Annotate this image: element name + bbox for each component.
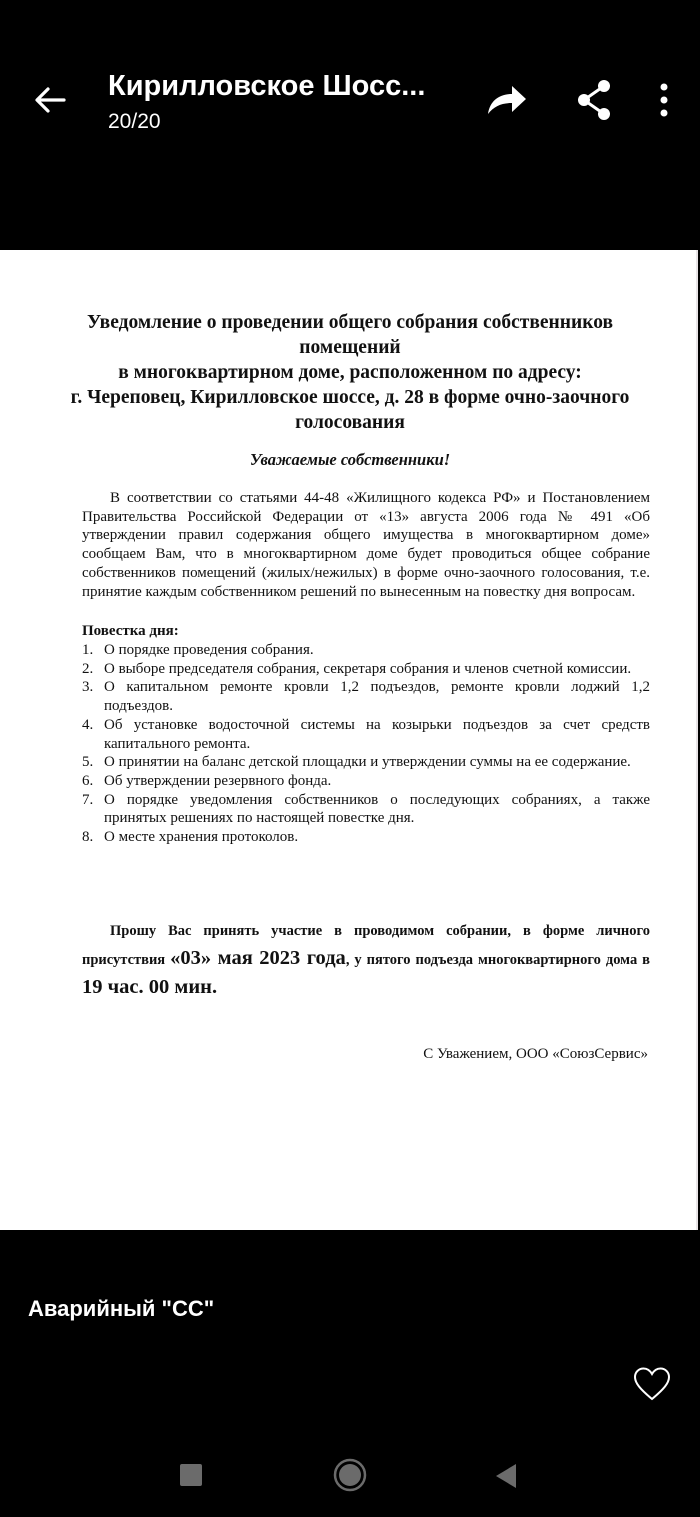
- agenda-number: 7.: [82, 791, 93, 810]
- home-button[interactable]: [333, 1458, 367, 1492]
- nav-back-icon: [494, 1462, 518, 1490]
- paragraph-text: В соответствии со статьями 44-48 «Жилищн…: [82, 489, 650, 601]
- system-navigation-bar: [0, 1440, 700, 1517]
- title-line: голосования: [40, 410, 660, 435]
- home-icon: [333, 1458, 367, 1492]
- agenda-number: 4.: [82, 716, 93, 735]
- greeting: Уважаемые собственники!: [40, 450, 660, 470]
- chat-title: Кирилловское Шосс...: [108, 70, 425, 103]
- agenda-list: 1.О порядке проведения собрания. 2.О выб…: [82, 641, 650, 847]
- agenda-text: Об утверждении резервного фонда.: [104, 773, 331, 789]
- back-arrow-icon: [30, 80, 70, 120]
- title-line: в многоквартирном доме, расположенном по…: [40, 360, 660, 385]
- forward-icon: [484, 80, 530, 120]
- back-button[interactable]: [30, 80, 70, 120]
- agenda-number: 8.: [82, 828, 93, 847]
- agenda-number: 5.: [82, 753, 93, 772]
- agenda-item: 1.О порядке проведения собрания.: [82, 641, 650, 660]
- nav-back-button[interactable]: [494, 1462, 518, 1490]
- agenda-text: О порядке уведомления собственников о по…: [104, 792, 650, 827]
- agenda-item: 8.О месте хранения протоколов.: [82, 828, 650, 847]
- image-counter: 20/20: [108, 110, 161, 134]
- share-button[interactable]: [574, 78, 614, 122]
- agenda-item: 3.О капитальном ремонте кровли 1,2 подъе…: [82, 678, 650, 715]
- agenda-text: О порядке проведения собрания.: [104, 642, 314, 658]
- share-icon: [574, 78, 614, 122]
- agenda-number: 2.: [82, 660, 93, 679]
- agenda-text: Об установке водосточной системы на козы…: [104, 717, 650, 752]
- agenda-text: О месте хранения протоколов.: [104, 829, 298, 845]
- more-vert-icon: [652, 80, 676, 120]
- forward-button[interactable]: [484, 80, 530, 120]
- recent-apps-icon[interactable]: [180, 1464, 202, 1486]
- agenda-item: 6.Об утверждении резервного фонда.: [82, 772, 650, 791]
- invitation-text: Прошу Вас принять участие в проводимом с…: [82, 918, 650, 1003]
- agenda-item: 7.О порядке уведомления собственников о …: [82, 791, 650, 828]
- agenda-title: Повестка дня:: [82, 623, 179, 640]
- agenda-number: 1.: [82, 641, 93, 660]
- invite-part2: , у пятого подъезда многоквартирного дом…: [346, 952, 650, 968]
- agenda-text: О капитальном ремонте кровли 1,2 подъезд…: [104, 679, 650, 714]
- document-title: Уведомление о проведении общего собрания…: [40, 310, 660, 435]
- meeting-date: «03» мая 2023 года: [170, 947, 346, 969]
- like-button[interactable]: [632, 1366, 672, 1402]
- agenda-item: 4.Об установке водосточной системы на ко…: [82, 716, 650, 753]
- image-caption: Аварийный "СС": [28, 1296, 214, 1322]
- agenda-number: 6.: [82, 772, 93, 791]
- title-line: г. Череповец, Кирилловское шоссе, д. 28 …: [40, 385, 660, 410]
- agenda-text: О выборе председателя собрания, секретар…: [104, 661, 631, 677]
- heart-icon: [632, 1366, 672, 1402]
- document-image[interactable]: Уведомление о проведении общего собрания…: [0, 250, 698, 1230]
- agenda-item: 2.О выборе председателя собрания, секрет…: [82, 660, 650, 679]
- top-app-bar: Кирилловское Шосс... 20/20: [0, 0, 700, 250]
- intro-paragraph: В соответствии со статьями 44-48 «Жилищн…: [82, 489, 650, 601]
- agenda-text: О принятии на баланс детской площадки и …: [104, 754, 631, 770]
- title-line: помещений: [40, 335, 660, 360]
- more-options-button[interactable]: [652, 80, 676, 120]
- meeting-time: 19 час. 00 мин.: [82, 976, 217, 998]
- signature: С Уважением, ООО «СоюзСервис»: [423, 1046, 648, 1063]
- title-line: Уведомление о проведении общего собрания…: [40, 310, 660, 335]
- agenda-item: 5.О принятии на баланс детской площадки …: [82, 753, 650, 772]
- agenda-number: 3.: [82, 678, 93, 697]
